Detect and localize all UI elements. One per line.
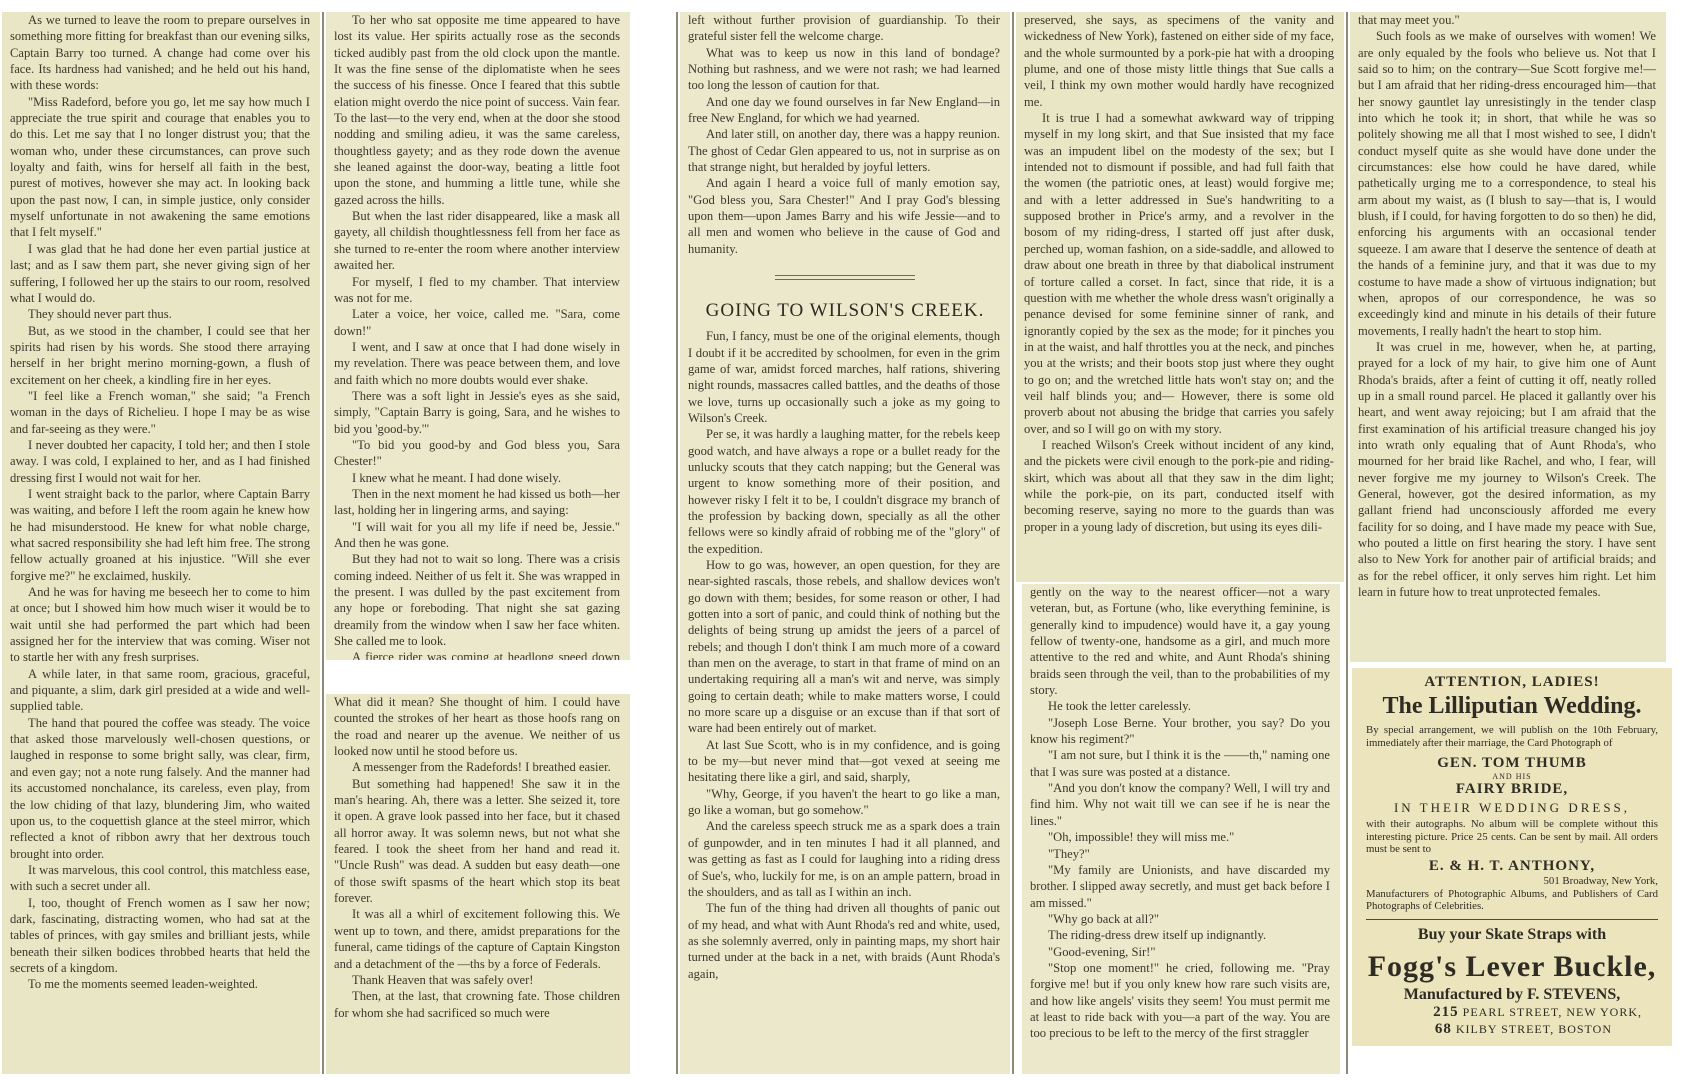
paragraph: "Why, George, if you haven't the heart t… xyxy=(688,786,1000,819)
paragraph: They should never part thus. xyxy=(10,306,310,322)
clipping-column-3: left without further provision of guardi… xyxy=(680,12,1010,1074)
paragraph: And he was for having me beseech her to … xyxy=(10,584,310,666)
ad-details: with their autographs. No album will be … xyxy=(1352,818,1672,856)
paragraph: He took the letter carelessly. xyxy=(1030,698,1330,714)
column-divider xyxy=(1346,12,1348,1074)
clipping-column-1: As we turned to leave the room to prepar… xyxy=(2,12,320,1074)
column-2-lower-text: What did it mean? She thought of him. I … xyxy=(326,694,630,1021)
paragraph: A while later, in that same room, gracio… xyxy=(10,666,310,715)
paragraph: I reached Wilson's Creek without inciden… xyxy=(1024,437,1334,535)
ad-divider xyxy=(1366,919,1658,920)
ad2-title: Fogg's Lever Buckle, xyxy=(1352,950,1672,984)
paragraph: A fierce rider was coming at headlong sp… xyxy=(334,649,620,660)
paragraph: What did it mean? She thought of him. I … xyxy=(334,694,620,759)
paragraph: "Miss Radeford, before you go, let me sa… xyxy=(10,94,310,241)
paragraph: And the careless speech struck me as a s… xyxy=(688,818,1000,900)
paragraph: I knew what he meant. I had done wisely. xyxy=(334,470,620,486)
paragraph: I went, and I saw at once that I had don… xyxy=(334,339,620,388)
paragraph: I, too, thought of French women as I saw… xyxy=(10,895,310,977)
ad2-address-ny-street: PEARL STREET, NEW YORK, xyxy=(1463,1005,1642,1019)
paragraph: Then, at the last, that crowning fate. T… xyxy=(334,988,620,1021)
foggs-lever-buckle-ad: Buy your Skate Straps with Fogg's Lever … xyxy=(1352,926,1672,1038)
paragraph: And one day we found ourselves in far Ne… xyxy=(688,94,1000,127)
ad-attention-heading: ATTENTION, LADIES! xyxy=(1352,674,1672,691)
paragraph: "To bid you good-by and God bless you, S… xyxy=(334,437,620,470)
paragraph: Per se, it was hardly a laughing matter,… xyxy=(688,426,1000,557)
ad-title: The Lilliputian Wedding. xyxy=(1352,693,1672,720)
paragraph: Such fools as we make of ourselves with … xyxy=(1358,28,1656,339)
section-divider xyxy=(775,275,915,280)
ad-intro: By special arrangement, we will publish … xyxy=(1352,724,1672,749)
paragraph: But something had happened! She saw it i… xyxy=(334,776,620,907)
paragraph: The hand that poured the coffee was stea… xyxy=(10,715,310,862)
paragraph: that may meet you." xyxy=(1358,12,1656,28)
paragraph: left without further provision of guardi… xyxy=(688,12,1000,45)
ad-description: Manufacturers of Photographic Albums, an… xyxy=(1352,888,1672,913)
paragraph: I never doubted her capacity, I told her… xyxy=(10,437,310,486)
column-divider xyxy=(676,12,678,1074)
column-3-text: left without further provision of guardi… xyxy=(680,12,1010,257)
paragraph: "Stop one moment!" he cried, following m… xyxy=(1030,960,1330,1042)
ad2-address-ny-number: 215 xyxy=(1433,1004,1459,1020)
ad-company: E. & H. T. ANTHONY, xyxy=(1352,858,1672,875)
ad2-maker: Manufactured by F. STEVENS, xyxy=(1352,986,1672,1004)
article-headline: GOING TO WILSON'S CREEK. xyxy=(680,300,1010,322)
paragraph: At last Sue Scott, who is in my confiden… xyxy=(688,737,1000,786)
paragraph: "Oh, impossible! they will miss me." xyxy=(1030,829,1330,845)
column-divider xyxy=(322,12,324,1074)
paragraph: To her who sat opposite me time appeared… xyxy=(334,12,620,208)
paragraph: There was a soft light in Jessie's eyes … xyxy=(334,388,620,437)
clipping-column-4-upper: preserved, she says, as specimens of the… xyxy=(1016,12,1344,582)
paragraph: It was marvelous, this cool control, thi… xyxy=(10,862,310,895)
ad2-address-ny: 215 PEARL STREET, NEW YORK, xyxy=(1352,1004,1672,1021)
clipping-column-5: that may meet you."Such fools as we make… xyxy=(1350,12,1666,662)
paragraph: What was to keep us now in this land of … xyxy=(688,45,1000,94)
paragraph: "They?" xyxy=(1030,846,1330,862)
ad-name-fairy-bride: FAIRY BRIDE, xyxy=(1352,781,1672,798)
paragraph: "I am not sure, but I think it is the ——… xyxy=(1030,747,1330,780)
paragraph: "My family are Unionists, and have disca… xyxy=(1030,862,1330,911)
ad-name-tom-thumb: GEN. TOM THUMB xyxy=(1352,755,1672,772)
column-5-text: that may meet you."Such fools as we make… xyxy=(1350,12,1666,600)
column-2-upper-text: To her who sat opposite me time appeared… xyxy=(326,12,630,660)
paragraph: The fun of the thing had driven all thou… xyxy=(688,900,1000,982)
paragraph: preserved, she says, as specimens of the… xyxy=(1024,12,1334,110)
column-divider xyxy=(1012,12,1014,1074)
paragraph: "I feel like a French woman," she said; … xyxy=(10,388,310,437)
paragraph: And later still, on another day, there w… xyxy=(688,126,1000,175)
paragraph: Later a voice, her voice, called me. "Sa… xyxy=(334,306,620,339)
advertisement-clipping: ATTENTION, LADIES! The Lilliputian Weddi… xyxy=(1352,668,1672,1046)
clipping-column-2-upper: To her who sat opposite me time appeared… xyxy=(326,12,630,660)
paragraph: A messenger from the Radefords! I breath… xyxy=(334,759,620,775)
paragraph: And again I heard a voice full of manly … xyxy=(688,175,1000,257)
paragraph: gently on the way to the nearest officer… xyxy=(1030,584,1330,698)
paragraph: It was all a whirl of excitement followi… xyxy=(334,906,620,971)
paragraph: It is true I had a somewhat awkward way … xyxy=(1024,110,1334,437)
paragraph: For myself, I fled to my chamber. That i… xyxy=(334,274,620,307)
paragraph: "Joseph Lose Berne. Your brother, you sa… xyxy=(1030,715,1330,748)
paragraph: "And you don't know the company? Well, I… xyxy=(1030,780,1330,829)
column-4-upper-text: preserved, she says, as specimens of the… xyxy=(1016,12,1344,535)
paragraph: "I will wait for you all my life if need… xyxy=(334,519,620,552)
paragraph: Thank Heaven that was safely over! xyxy=(334,972,620,988)
clipping-column-4-lower: gently on the way to the nearest officer… xyxy=(1022,584,1340,1074)
lilliputian-wedding-ad: ATTENTION, LADIES! The Lilliputian Weddi… xyxy=(1352,674,1672,920)
clipping-column-2-lower: What did it mean? She thought of him. I … xyxy=(326,694,630,1074)
paragraph: Fun, I fancy, must be one of the origina… xyxy=(688,328,1000,426)
article-wilsons-creek-text: Fun, I fancy, must be one of the origina… xyxy=(680,328,1010,982)
ad-address: 501 Broadway, New York, xyxy=(1352,875,1672,888)
ad-wedding-dress: IN THEIR WEDDING DRESS, xyxy=(1352,800,1672,816)
paragraph: As we turned to leave the room to prepar… xyxy=(10,12,310,94)
ad-and-his: AND HIS xyxy=(1352,772,1672,781)
paragraph: How to go was, however, an open question… xyxy=(688,557,1000,737)
paragraph: But, as we stood in the chamber, I could… xyxy=(10,323,310,388)
paragraph: It was cruel in me, however, when he, at… xyxy=(1358,339,1656,601)
paragraph: I was glad that he had done her even par… xyxy=(10,241,310,306)
column-1-text: As we turned to leave the room to prepar… xyxy=(2,12,320,993)
ad2-address-boston-number: 68 xyxy=(1435,1021,1452,1037)
ad2-address-boston-street: KILBY STREET, BOSTON xyxy=(1456,1022,1612,1036)
paragraph: To me the moments seemed leaden-weighted… xyxy=(10,976,310,992)
paragraph: "Why go back at all?" xyxy=(1030,911,1330,927)
paragraph: Then in the next moment he had kissed us… xyxy=(334,486,620,519)
paragraph: But when the last rider disappeared, lik… xyxy=(334,208,620,273)
paragraph: "Good-evening, Sir!" xyxy=(1030,944,1330,960)
paragraph: But they had not to wait so long. There … xyxy=(334,551,620,649)
ad2-line1: Buy your Skate Straps with xyxy=(1352,926,1672,944)
paragraph: The riding-dress drew itself up indignan… xyxy=(1030,927,1330,943)
column-4-lower-text: gently on the way to the nearest officer… xyxy=(1022,584,1340,1042)
ad2-address-boston: 68 KILBY STREET, BOSTON xyxy=(1352,1021,1672,1038)
paragraph: I went straight back to the parlor, wher… xyxy=(10,486,310,584)
